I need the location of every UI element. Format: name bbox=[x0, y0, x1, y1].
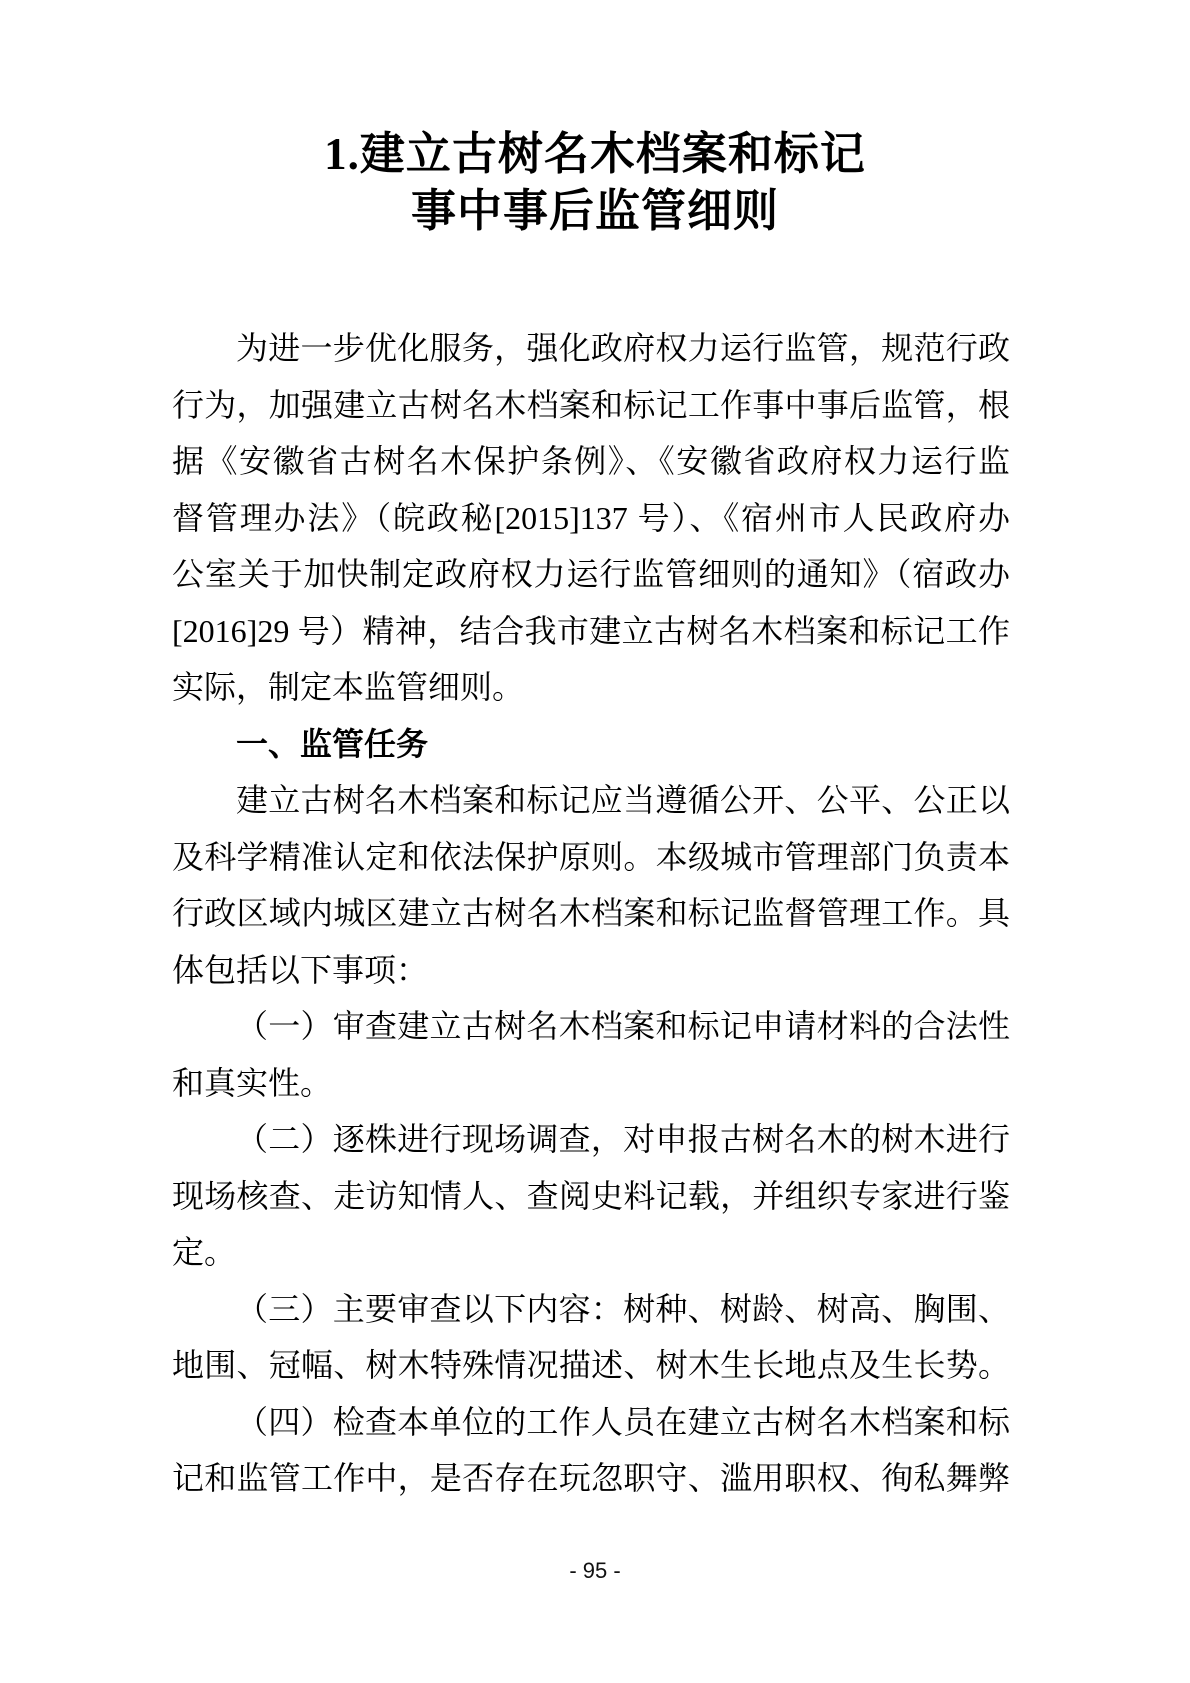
list-item-line: 记和监管工作中，是否存在玩忽职守、滥用职权、徇私舞弊 bbox=[172, 1450, 1010, 1507]
paragraph-line: 及科学精准认定和依法保护原则。本级城市管理部门负责本 bbox=[172, 829, 1010, 886]
paragraph-line: 为进一步优化服务，强化政府权力运行监管，规范行政 bbox=[172, 320, 1010, 377]
document-title: 1.建立古树名木档案和标记 事中事后监管细则 bbox=[0, 126, 1190, 240]
list-item-line: 地围、冠幅、树木特殊情况描述、树木生长地点及生长势。 bbox=[172, 1337, 1010, 1394]
paragraph-line: 行为，加强建立古树名木档案和标记工作事中事后监管，根 bbox=[172, 377, 1010, 434]
document-body: 为进一步优化服务，强化政府权力运行监管，规范行政 行为，加强建立古树名木档案和标… bbox=[172, 320, 1010, 1507]
paragraph-line: 实际，制定本监管细则。 bbox=[172, 659, 1010, 716]
list-item-line: 定。 bbox=[172, 1224, 1010, 1281]
paragraph-line: 督管理办法》（皖政秘[2015]137 号）、《宿州市人民政府办 bbox=[172, 490, 1010, 547]
page-number: - 95 - bbox=[0, 1558, 1190, 1584]
list-item-line: （三）主要审查以下内容：树种、树龄、树高、胸围、 bbox=[172, 1281, 1010, 1338]
paragraph-line: [2016]29 号）精神，结合我市建立古树名木档案和标记工作 bbox=[172, 603, 1010, 660]
list-item-line: 现场核查、走访知情人、查阅史料记载，并组织专家进行鉴 bbox=[172, 1168, 1010, 1225]
paragraph-line: 建立古树名木档案和标记应当遵循公开、公平、公正以 bbox=[172, 772, 1010, 829]
paragraph-line: 公室关于加快制定政府权力运行监管细则的通知》（宿政办 bbox=[172, 546, 1010, 603]
paragraph-line: 体包括以下事项： bbox=[172, 942, 1010, 999]
title-line-1: 1.建立古树名木档案和标记 bbox=[0, 126, 1190, 183]
paragraph-line: 据《安徽省古树名木保护条例》、《安徽省政府权力运行监 bbox=[172, 433, 1010, 490]
title-line-2: 事中事后监管细则 bbox=[0, 183, 1190, 240]
list-item-line: （二）逐株进行现场调查，对申报古树名木的树木进行 bbox=[172, 1111, 1010, 1168]
list-item-line: （一）审查建立古树名木档案和标记申请材料的合法性 bbox=[172, 998, 1010, 1055]
document-page: 1.建立古树名木档案和标记 事中事后监管细则 为进一步优化服务，强化政府权力运行… bbox=[0, 0, 1190, 1683]
list-item-line: 和真实性。 bbox=[172, 1055, 1010, 1112]
paragraph-line: 行政区域内城区建立古树名木档案和标记监督管理工作。具 bbox=[172, 885, 1010, 942]
section-heading-supervision-tasks: 一、监管任务 bbox=[172, 716, 1010, 773]
list-item-line: （四）检查本单位的工作人员在建立古树名木档案和标 bbox=[172, 1394, 1010, 1451]
